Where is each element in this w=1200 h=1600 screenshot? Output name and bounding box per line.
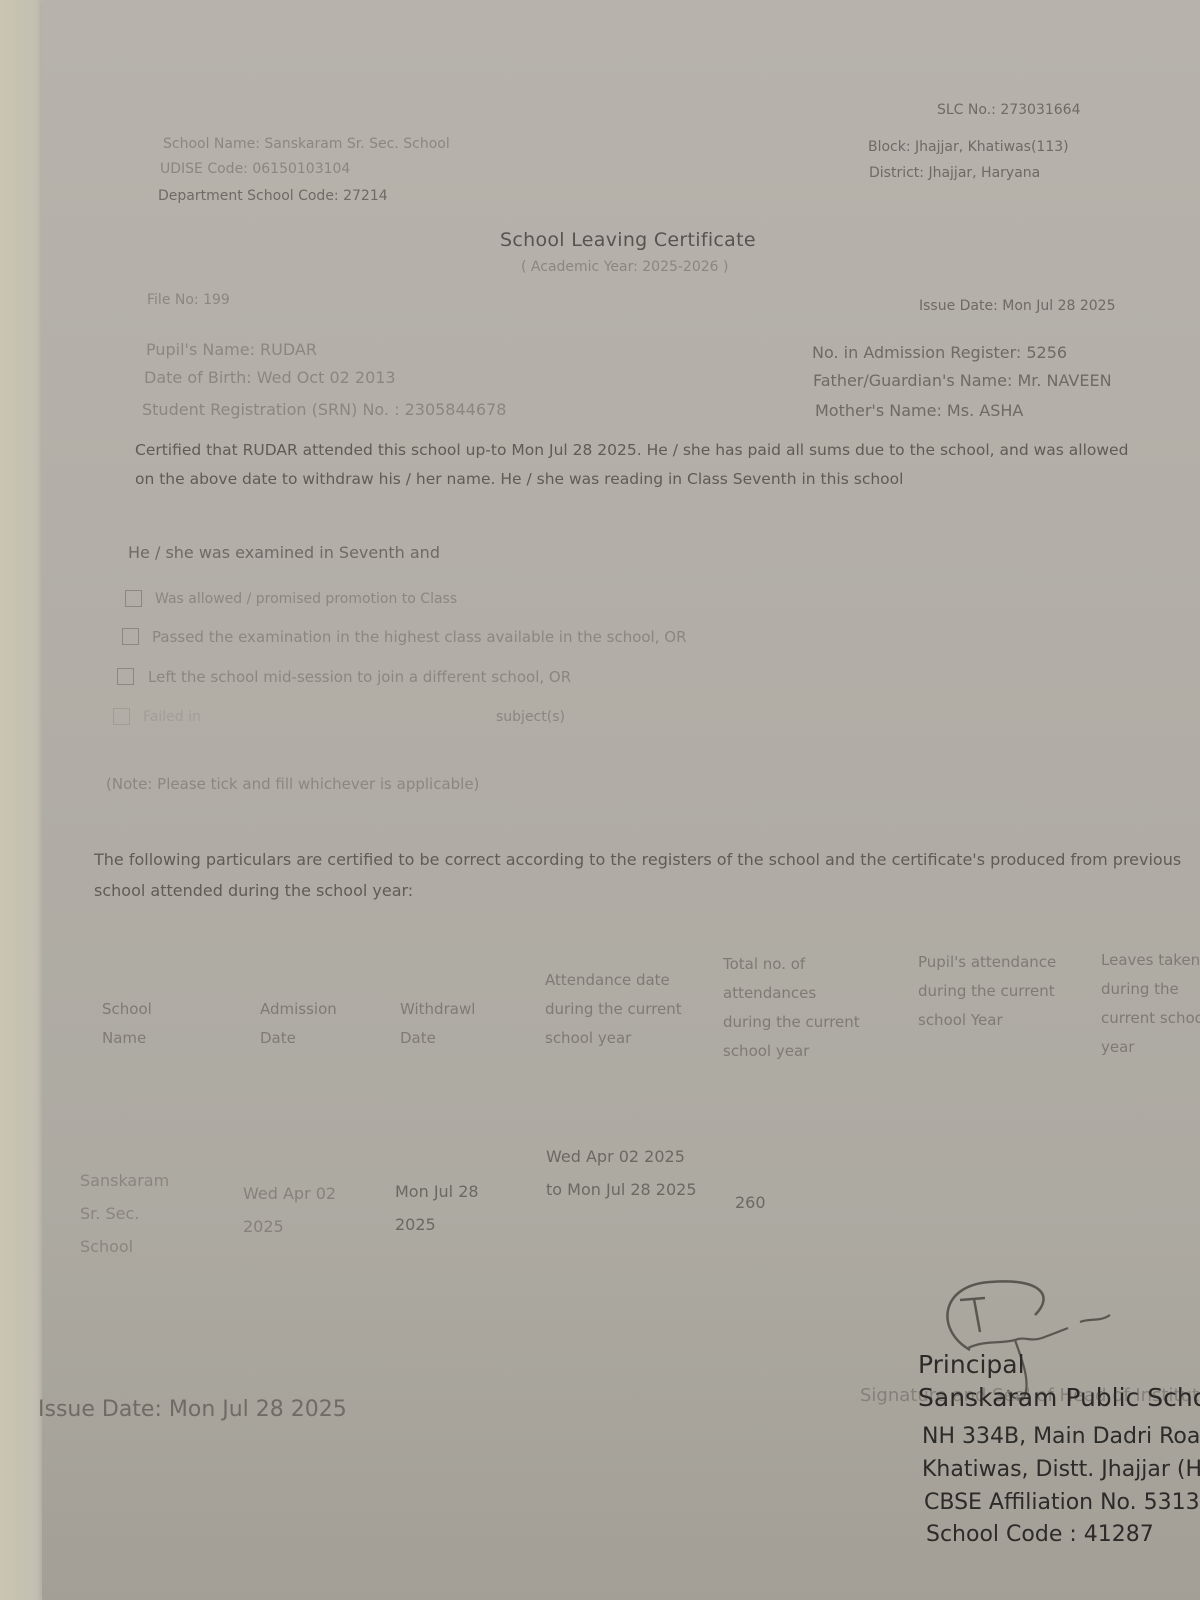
header-school-name: School Name [102, 995, 192, 1053]
pupil-name: Pupil's Name: RUDAR [146, 340, 317, 359]
header-admission-date: Admission Date [260, 995, 360, 1053]
cell-admission-date: Wed Apr 02 2025 [243, 1177, 343, 1243]
udise-code: UDISE Code: 06150103104 [160, 161, 350, 177]
checkbox-left-mid-session[interactable] [117, 668, 134, 685]
stamp-address-line1: NH 334B, Main Dadri Road [922, 1422, 1200, 1452]
certification-paragraph: Certified that RUDAR attended this schoo… [135, 436, 1145, 494]
stamp-school-name: Sanskaram Public School [918, 1383, 1200, 1413]
particulars-paragraph: The following particulars are certified … [94, 844, 1184, 906]
header-withdrawl-date: Withdrawl Date [400, 995, 510, 1053]
header-attendance-dates: Attendance date during the current schoo… [545, 966, 685, 1053]
department-school-code: Department School Code: 27214 [158, 188, 388, 204]
option-left-mid-session-label: Left the school mid-session to join a di… [148, 668, 571, 686]
stamp-school-code: School Code : 41287 [926, 1520, 1154, 1550]
checkbox-passed-highest[interactable] [122, 628, 139, 645]
issue-date-bottom: Issue Date: Mon Jul 28 2025 [38, 1397, 347, 1422]
mother-name: Mother's Name: Ms. ASHA [815, 401, 1023, 420]
stamp-address-line2: Khatiwas, Distt. Jhajjar (Hr.) [922, 1455, 1200, 1485]
slc-number: SLC No.: 273031664 [937, 102, 1081, 118]
option-promotion-label: Was allowed / promised promotion to Clas… [155, 591, 457, 607]
stamp-affiliation: CBSE Affiliation No. 531310 [924, 1488, 1200, 1518]
examined-statement: He / she was examined in Seventh and [128, 543, 440, 562]
header-total-attendances: Total no. of attendances during the curr… [723, 950, 868, 1066]
admission-register-number: No. in Admission Register: 5256 [812, 343, 1067, 362]
date-of-birth: Date of Birth: Wed Oct 02 2013 [144, 368, 396, 387]
file-number: File No: 199 [147, 292, 230, 308]
school-name: School Name: Sanskaram Sr. Sec. School [163, 136, 450, 152]
note: (Note: Please tick and fill whichever is… [106, 775, 479, 793]
table-surface-edge [0, 0, 48, 1600]
block: Block: Jhajjar, Khatiwas(113) [868, 139, 1069, 155]
cell-school-name: Sanskaram Sr. Sec. School [80, 1164, 190, 1263]
cell-attendance-dates: Wed Apr 02 2025 to Mon Jul 28 2025 [546, 1140, 706, 1206]
checkbox-failed[interactable] [113, 708, 130, 725]
issue-date-top: Issue Date: Mon Jul 28 2025 [919, 298, 1116, 314]
cell-withdrawl-date: Mon Jul 28 2025 [395, 1175, 505, 1241]
option-passed-highest-label: Passed the examination in the highest cl… [152, 628, 687, 646]
student-registration-number: Student Registration (SRN) No. : 2305844… [142, 400, 506, 419]
father-guardian-name: Father/Guardian's Name: Mr. NAVEEN [813, 371, 1112, 390]
certificate-title: School Leaving Certificate [500, 229, 756, 251]
checkbox-promotion[interactable] [125, 590, 142, 607]
academic-year: ( Academic Year: 2025-2026 ) [521, 259, 728, 275]
principal-label: Principal [918, 1350, 1025, 1380]
header-pupil-attendance: Pupil's attendance during the current sc… [918, 948, 1068, 1035]
option-failed-label: Failed in [143, 709, 201, 725]
cell-total-attendances: 260 [735, 1186, 815, 1219]
header-leaves-taken: Leaves taken during the current school y… [1101, 946, 1200, 1062]
district: District: Jhajjar, Haryana [869, 165, 1040, 181]
option-failed-suffix: subject(s) [496, 709, 565, 725]
